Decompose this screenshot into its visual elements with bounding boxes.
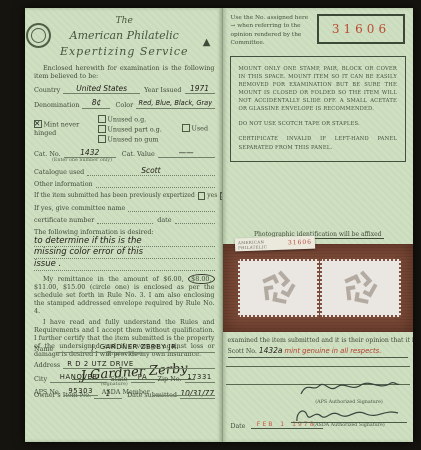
condition-checkboxes: ✕Mint never hinged Unused o.g. Unused pa… [34, 114, 215, 144]
scott-no-label: Scott No. [228, 348, 257, 355]
remittance-paragraph: My remittance in the amount of $6.00, $8… [34, 275, 215, 315]
use-number-note: Use the No. assigned here → when referri… [231, 14, 315, 48]
other-info-row: Other information [34, 180, 215, 188]
city-label: City [34, 375, 50, 383]
zip-label: Zip No. [155, 375, 185, 383]
opinion-handwritten: mint genuine in all respects. [285, 347, 382, 355]
cert-date-label: date [153, 216, 174, 224]
invalid-warning: Certificate invalid if left-hand panel s… [239, 135, 398, 151]
info-desired-line1: to determine if this is the [34, 236, 215, 248]
mount-instructions: Mount only one stamp, pair, block or cov… [239, 65, 398, 113]
checkbox-used: Used [182, 124, 215, 133]
unused-part-checkbox-icon [98, 125, 106, 133]
prev-yes-checkbox-icon [198, 192, 206, 200]
used-checkbox-icon [182, 124, 190, 132]
city-state-zip-row: City HANOVER State PA Zip No. 17331 [34, 373, 215, 382]
cert-number-blank [97, 223, 153, 224]
color-label: Color [110, 101, 136, 109]
scanned-certificate: ▲ The American Philatelic Expertizing Se… [0, 0, 421, 450]
aps-signature-caption: (APS Authorized Signature) [291, 400, 407, 405]
committee-label: If yes, give committee name [34, 204, 128, 212]
stamp-mount-area: AMERICAN PHILATELIC 31606 [223, 244, 414, 332]
country-value: United States [63, 84, 140, 94]
name-label: Name [34, 345, 56, 353]
aps-signature-block: (APS Authorized Signature) [291, 378, 407, 405]
application-panel: ▲ The American Philatelic Expertizing Se… [25, 8, 222, 442]
other-info-label: Other information [34, 180, 96, 188]
state-label: State [107, 375, 130, 383]
checkbox-unused-nogum: Unused no gum [98, 135, 182, 144]
committee-blank [128, 211, 214, 212]
owner-identity-block: Name J. GARDNER ZERBY JR. (Print or Type… [34, 339, 215, 396]
stamp-pair [238, 259, 401, 317]
scott-no-value: 1432a [259, 346, 283, 355]
denomination-row: Denomination 8¢ Color Red, Blue, Black, … [34, 98, 215, 108]
other-info-blank [96, 187, 215, 188]
aps-asda-row: APS No. 95303 ASDA Member [34, 387, 215, 396]
form-title-the: The [34, 16, 215, 27]
mint-checkbox-icon: ✕ [34, 120, 42, 128]
catvalue-label: Cat. Value [116, 150, 158, 158]
year-value: 1971 [185, 84, 215, 94]
opinion-text: examined the item submitted and it is th… [228, 337, 409, 344]
catno-value: 1432 [64, 148, 116, 158]
catvalue-value: —— [158, 148, 215, 158]
catno-label: Cat. No. [34, 150, 64, 158]
certificate-number: 31606 [332, 22, 390, 36]
sticker-number: 31606 [287, 239, 311, 247]
catno-note: (Enter one number only) [52, 158, 215, 164]
country-label: Country [34, 86, 63, 94]
expertizing-form: ▲ The American Philatelic Expertizing Se… [25, 8, 413, 442]
sticker-text: AMERICAN PHILATELIC [237, 238, 287, 250]
identification-sticker: AMERICAN PHILATELIC 31606 [234, 236, 314, 252]
color-value: Red, Blue, Black, Gray [136, 99, 214, 108]
asda-member-label: ASDA Member [98, 388, 153, 396]
certificate-panel: Use the No. assigned here → when referri… [222, 8, 414, 442]
unused-og-checkbox-icon [98, 115, 106, 123]
asda-member-blank [153, 395, 215, 396]
state-value: PA [131, 373, 155, 382]
denomination-label: Denomination [34, 101, 82, 109]
info-desired-label: The following information is desired: [34, 228, 215, 236]
date-line [251, 428, 323, 429]
cert-number-label: certificate number [34, 216, 97, 224]
address-row: Address R D 2 UTZ DRIVE [34, 360, 215, 369]
denomination-value: 8¢ [82, 98, 110, 108]
address-label: Address [34, 361, 63, 369]
zip-value: 17331 [185, 373, 215, 382]
info-desired-line2: missing color error of this [34, 247, 215, 259]
catalogue-used-row: Catalogue used Scott [34, 166, 215, 176]
cert-date-blank [175, 223, 215, 224]
country-row: Country United States Year Issued 1971 [34, 84, 215, 94]
stamp-left [238, 259, 319, 317]
bicentennial-pinwheel-icon [338, 266, 382, 310]
checkbox-unused-part: Unused part o.g. [98, 125, 182, 134]
blank-rule-1 [226, 366, 411, 367]
address-value: R D 2 UTZ DRIVE [63, 360, 214, 369]
certificate-number-box: 31606 [317, 14, 405, 44]
date-label: Date [231, 423, 246, 430]
catalog-number-row: Cat. No. 1432 Cat. Value —— [34, 148, 215, 158]
mounting-instructions-box: Mount only one stamp, pair, block or cov… [230, 56, 407, 162]
tape-warning: Do not use scotch tape or staples. [239, 120, 398, 128]
checkbox-unused-og: Unused o.g. [98, 115, 182, 124]
aps-number-value: 95303 [64, 387, 98, 396]
opinion-result-line: Scott No. 1432a mint genuine in all resp… [228, 346, 409, 358]
bicentennial-pinwheel-icon [256, 266, 300, 310]
catalogue-value: Scott [87, 166, 214, 176]
previously-expertized-row: If the item submitted has been previousl… [34, 192, 215, 200]
catalogue-label: Catalogue used [34, 168, 87, 176]
info-desired-line3: issue . [34, 259, 215, 271]
aps-number-label: APS No. [34, 388, 64, 396]
asda-signature-block: (ASDA Authorized Signature) [291, 406, 407, 428]
intro-text: Enclosed herewith for examination is the… [34, 64, 215, 80]
committee-row: If yes, give committee name [34, 204, 215, 212]
form-title-service: Expertizing Service [34, 45, 215, 59]
aps-signature-scrawl [297, 378, 401, 400]
checkbox-mint: ✕Mint never hinged [34, 120, 98, 137]
unused-nogum-checkbox-icon [98, 135, 106, 143]
city-value: HANOVER [50, 373, 107, 382]
asda-signature-caption: (ASDA Authorized Signature) [291, 423, 407, 428]
certificate-row: certificate number date [34, 216, 215, 224]
stamp-right [320, 259, 401, 317]
form-title-org: American Philatelic [34, 29, 215, 43]
year-label: Year Issued [140, 86, 184, 94]
